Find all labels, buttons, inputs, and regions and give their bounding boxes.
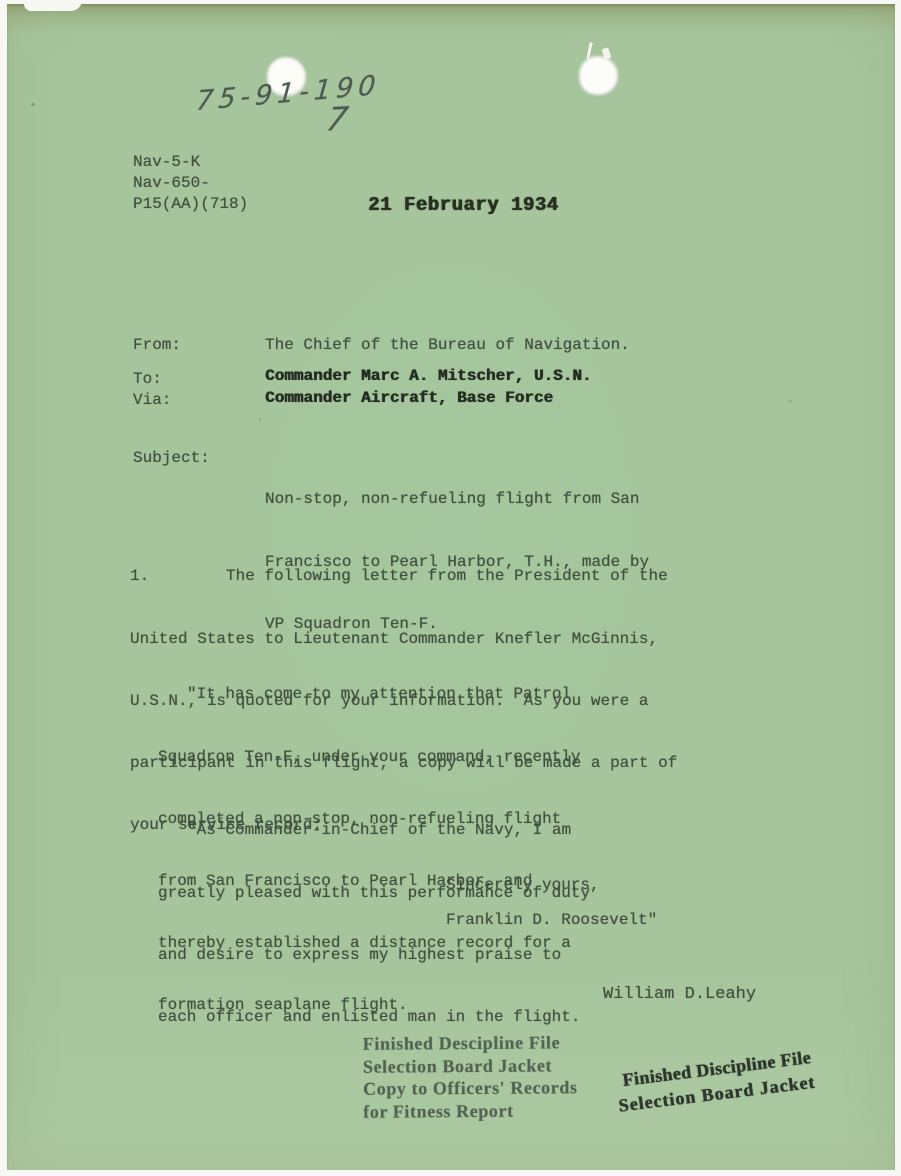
stamp-line: Selection Board Jacket — [363, 1054, 578, 1078]
scanned-letter: 75-91-190 7 Nav-5-K Nav-650- P15(AA)(718… — [0, 0, 901, 1176]
stamp-line: Finished Descipline File — [363, 1031, 578, 1055]
stamp-line: for Fitness Report — [363, 1099, 578, 1123]
quote-line: Squadron Ten-F, under your command, rece… — [158, 747, 580, 768]
subject-line: Non-stop, non-refueling flight from San — [265, 489, 649, 510]
routing-stamp-left: Finished Descipline File Selection Board… — [363, 1031, 578, 1123]
from-value: The Chief of the Bureau of Navigation. — [265, 335, 630, 356]
quote-line: "As Commander-in-Chief of the Navy, I am — [158, 820, 590, 841]
body-line: 1. The following letter from the Preside… — [130, 566, 677, 587]
quote-line: "It has come to my attention that Patrol — [158, 684, 580, 705]
from-label: From: — [133, 335, 181, 356]
reference-line: P15(AA)(718) — [133, 194, 248, 215]
to-label: To: — [133, 369, 162, 390]
approver-name: William D.Leahy — [603, 985, 756, 1006]
paper-speck — [31, 103, 35, 106]
paper-speck — [788, 400, 793, 403]
to-value: Commander Marc A. Mitscher, U.S.N. — [265, 366, 591, 387]
torn-paper-notch — [24, 0, 82, 11]
quote-line: and desire to express my highest praise … — [158, 945, 590, 966]
paper-speck — [258, 418, 261, 421]
closing-line: Sincerely yours, — [446, 875, 600, 896]
date-stamp: 21 February 1934 — [368, 194, 558, 216]
via-value: Commander Aircraft, Base Force — [265, 388, 553, 409]
hole-punch-right — [579, 56, 618, 95]
via-label: Via: — [133, 390, 171, 411]
reference-line: Nav-650- — [133, 173, 210, 194]
signature-quoted: Franklin D. Roosevelt" — [446, 910, 657, 931]
quote-line: each officer and enlisted man in the fli… — [158, 1007, 590, 1028]
subject-label: Subject: — [133, 448, 210, 469]
stamp-line: Copy to Officers' Records — [363, 1076, 578, 1100]
reference-line: Nav-5-K — [133, 152, 200, 173]
